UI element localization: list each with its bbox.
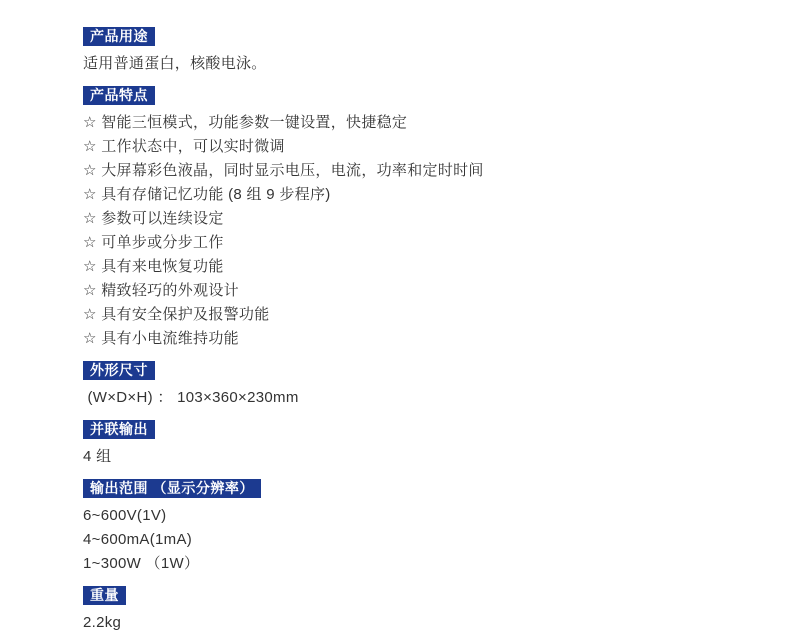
spec-text-line: ☆ 智能三恒模式，功能参数一键设置，快捷稳定: [83, 111, 760, 135]
section-badge: 并联输出: [83, 420, 155, 439]
spec-text-line: 2.2kg: [83, 611, 760, 635]
spec-section: 产品用途 适用普通蛋白，核酸电泳。: [83, 27, 760, 76]
spec-text-line: ☆ 精致轻巧的外观设计: [83, 279, 760, 303]
spec-text-line: (W×D×H) ： 103×360×230mm: [83, 386, 760, 410]
section-lines: 适用普通蛋白，核酸电泳。: [83, 52, 760, 76]
spec-section: 并联输出 4 组: [83, 420, 760, 469]
spec-text-line: ☆ 具有安全保护及报警功能: [83, 303, 760, 327]
spec-text-line: ☆ 可单步或分步工作: [83, 231, 760, 255]
spec-text-line: 4 组: [83, 445, 760, 469]
spec-text-line: ☆ 大屏幕彩色液晶，同时显示电压，电流，功率和定时时间: [83, 159, 760, 183]
spec-sections-container: 产品用途 适用普通蛋白，核酸电泳。 产品特点 ☆ 智能三恒模式，功能参数一键设置…: [83, 27, 760, 635]
section-lines: 6~600V(1V) 4~600mA(1mA) 1~300W （1W）: [83, 504, 760, 576]
spec-text-line: 1~300W （1W）: [83, 552, 760, 576]
section-badge: 输出范围 （显示分辨率）: [83, 479, 261, 498]
spec-section: 产品特点 ☆ 智能三恒模式，功能参数一键设置，快捷稳定 ☆ 工作状态中，可以实时…: [83, 86, 760, 351]
section-lines: ☆ 智能三恒模式，功能参数一键设置，快捷稳定 ☆ 工作状态中，可以实时微调 ☆ …: [83, 111, 760, 351]
spec-text-line: ☆ 具有存储记忆功能 (8 组 9 步程序): [83, 183, 760, 207]
section-badge: 产品特点: [83, 86, 155, 105]
section-lines: 4 组: [83, 445, 760, 469]
spec-text-line: ☆ 具有来电恢复功能: [83, 255, 760, 279]
spec-text-line: 6~600V(1V): [83, 504, 760, 528]
spec-section: 重量 2.2kg: [83, 586, 760, 635]
spec-text-line: ☆ 工作状态中，可以实时微调: [83, 135, 760, 159]
section-lines: (W×D×H) ： 103×360×230mm: [83, 386, 760, 410]
spec-text-line: 适用普通蛋白，核酸电泳。: [83, 52, 760, 76]
section-badge: 重量: [83, 586, 126, 605]
section-badge: 产品用途: [83, 27, 155, 46]
spec-section: 外形尺寸 (W×D×H) ： 103×360×230mm: [83, 361, 760, 410]
spec-text-line: 4~600mA(1mA): [83, 528, 760, 552]
spec-text-line: ☆ 具有小电流维持功能: [83, 327, 760, 351]
section-badge: 外形尺寸: [83, 361, 155, 380]
product-spec-page: 产品用途 适用普通蛋白，核酸电泳。 产品特点 ☆ 智能三恒模式，功能参数一键设置…: [0, 0, 800, 642]
section-lines: 2.2kg: [83, 611, 760, 635]
spec-text-line: ☆ 参数可以连续设定: [83, 207, 760, 231]
spec-section: 输出范围 （显示分辨率） 6~600V(1V) 4~600mA(1mA) 1~3…: [83, 479, 760, 576]
